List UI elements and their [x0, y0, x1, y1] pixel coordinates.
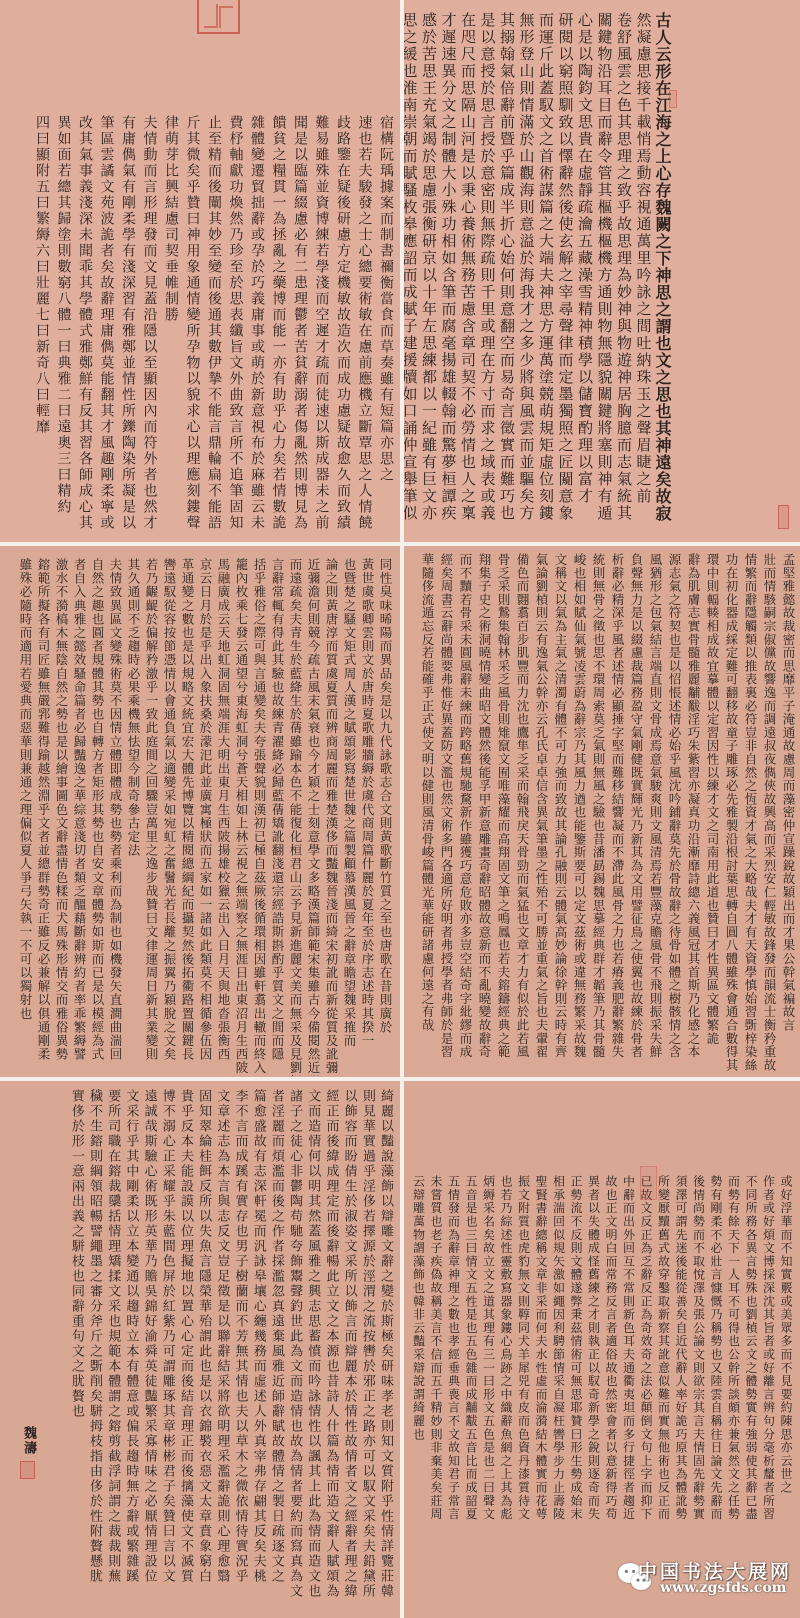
text-block: 同性臭味晞陽而異品矣是以九代詠歌志合文則黃歌斷竹質之至也唐歌在昔則廣於黃世虞歌卿… — [16, 558, 394, 1076]
calligraphy-panel-middle-right: 孟堅雅懿故裁密而思靡平子淹通故慮周而藻密仲宣躁銳故穎出而才果公幹氣褊故言壯而情駭… — [404, 546, 800, 1077]
text-column: 言辭常輒有得此其驗也故練青濯絳必歸藍蒨矯訛翻淺還宗經誥斯斟酌乎質文之間而隱 — [268, 558, 286, 1076]
text-column: 自然之趣也圓者規體其勢也自轉方者矩形其勢也自安文章體勢如斯而已是以模經為式 — [88, 558, 106, 1076]
text-column: 籠內枚乘七發云通望兮東海虹洞兮蒼天相如上林云視之無端察之無涯日出東沼月生西陂 — [232, 558, 250, 1076]
text-column: 異者以失體成怪舊練之才則執正以馭奇新學之銳則逐奇而失 — [584, 1175, 602, 1615]
text-column: 功在初化器成綵定難可翻移故童子雕琢必先雅製沿根討葉思轉自圓八體雖殊會通合數得其 — [722, 553, 741, 1075]
text-column: 析辭必精深乎風者述情必顯捶字堅而難移結響凝而不滯此風骨之力也若瘠義肥辭繁雜失 — [608, 553, 627, 1075]
text-column: 正勢流不反則文體遂弊秉茲情術可無思耶贊曰形生勢成始末 — [567, 1175, 585, 1615]
header-seal-icon — [197, 0, 240, 34]
text-column: 而勢有餘天下一人耳不可得也公幹所談頗亦兼氣然文之任勢 — [724, 1175, 742, 1615]
text-column: 風猶形之包氣結言端直則文骨成焉意氣駿爽則文風清焉若豐藻克贍風骨不飛則振采失鮮 — [646, 553, 665, 1075]
text-column: 以飾容而盼倩生於淑姿文采所以飾言而辯麗本於情性故情者文之經辭者理之緯 — [339, 1089, 357, 1614]
calligraphy-panel-bottom-left: 綺麗以豔說藻飾以辯雕文辭之變於斯極矣研味孝老則知文質附乎性情詳覽莊韓則見華實過乎… — [0, 1081, 400, 1618]
text-column: 是以意授於思言授於意密則無際疏則千里或理在方寸而求之域表或義 — [477, 12, 497, 537]
text-column: 若乃齷齪於偏解矜激乎一致此庭間之回驟豈萬里之逸步哉贊曰文律運周日新其業變則 — [142, 558, 160, 1076]
text-column: 炳縟采名矣故立文之道其理有三一曰形文五色是也二曰聲文 — [479, 1175, 497, 1615]
text-block: 宿構阮瑀據案而制書禰衡當食而草奏雖有短篇亦思之速也若夫駿發之士心總要術敏在慮前應… — [31, 115, 397, 540]
site-watermark: 中国书法大展网 www.zgsfds.com — [618, 1557, 798, 1599]
text-column: 費杼軸獻功煥然乃珍至於思表纖旨文外曲致言所不追筆固知 — [224, 115, 246, 540]
text-column: 貴乎反本夫能設謨以位理擬地以置心心定而後結音理正而後摛藻使文不滅質 — [176, 1089, 194, 1614]
text-column: 夫情動而言形理發而文見蓋沿隱以至顯因內而符外者也然才 — [138, 115, 160, 540]
text-column: 後情尚勢而不取悅澤及張公論文則欲宗其言夫情固先辭勢實 — [689, 1175, 707, 1615]
text-column: 未嘗質也老子疾偽故稱美言不信而五千精妙則非棄美矣莊周 — [427, 1175, 445, 1615]
text-column: 也若乃綜述性靈敷寫器象鏤心鳥跡之中織辭魚網之上其為彪 — [497, 1175, 515, 1615]
text-column: 文章述志為本言與志反文豈足徵是以聯辭結采將欲明理采濫辭詭則心理愈翳 — [212, 1089, 230, 1614]
text-column: 五情發而為辭章神理之數也孝經垂典喪言不文故知君子常言 — [444, 1175, 462, 1615]
text-column: 才遲速異分文之制體大小殊功相如含筆而腐毫揚雄輟翰而驚夢桓譚疾 — [438, 12, 458, 537]
text-column: 已故文反正為乏辭反正為奇效奇之法必顛倒文句上字而抑下 — [637, 1175, 655, 1615]
text-column: 壯而情駭嗣宗俶儻故響逸而調遠叔夜儁俠故興高而采烈安仁輕敏故鋒發而韻流士衡矜重故 — [760, 553, 779, 1075]
text-column: 也暨楚之騷文矩式周人漢之賦頌影寫楚世魏之篇製顧慕漢風晉之辭章瞻望魏采搉而 — [340, 558, 358, 1076]
text-column: 者自入典雅之懿效騷命篇者必歸豔逸之華綜意淺切者類乏醞藉斷辭辨約者率乖繁縟譬 — [70, 558, 88, 1076]
text-column: 斤其微矣乎贊曰神用象通情變所孕物以貌求心以理應刻鏤聲 — [181, 115, 203, 540]
text-column: 然凝慮思接千載悄焉動容視通萬里吟詠之間吐納珠玉之聲眉睫之前 — [633, 12, 653, 537]
text-column: 異如面若總其歸塗則數窮八體一曰典雅二曰遠奧三曰精約 — [52, 115, 74, 540]
text-column: 須澤可謂先迷後能從善矣自近代辭人率好詭巧原其為體訛勢 — [672, 1175, 690, 1615]
text-column: 雜體變遷貿拙辭或孕於巧義庸事或萌於新意視布於麻雖云未 — [246, 115, 268, 540]
watermark-url: www.zgsfds.com — [660, 1580, 787, 1596]
text-column: 要所司職在鎔裁櫽括情理矯揉文采也規範本體謂之鎔剪截浮詞謂之裁裁則蕪 — [103, 1089, 121, 1614]
text-column: 峻也相如賦仙氣號凌雲蔚為辭宗乃其風力遒也能鑒斯要可以定文茲術或違無務繁采故魏 — [570, 553, 589, 1075]
text-column: 遠誠哉斯驗心術既形英華乃贍吳錦好渝舜英徒豔繁采寡情味之必厭情理設位 — [139, 1089, 157, 1614]
calligraphy-panel-top-left: 宿構阮瑀據案而制書禰衡當食而草奏雖有短篇亦思之速也若夫駿發之士心總要術敏在慮前應… — [0, 0, 400, 542]
text-column: 激水不漪槁木無陰自然之勢也是以繪事圖色文辭盡情色糅而犬馬殊形情交而雅俗異勢 — [52, 558, 70, 1076]
text-column: 博不溺心正采耀乎朱藍間色屏於紅紫乃可謂雕琢其章彬彬君子矣贊曰言以文 — [158, 1089, 176, 1614]
text-column: 卷舒風雲之色其思理之致乎故思理為妙神與物遊神居胸臆而志氣統其 — [614, 12, 634, 537]
calligraphy-panel-middle-left: 同性臭味晞陽而異品矣是以九代詠歌志合文則黃歌斷竹質之至也唐歌在昔則廣於黃世虞歌卿… — [0, 546, 400, 1077]
text-column: 黃世虞歌卿雲則文於唐時夏歌雕牆縟於虞代商周篇什麗於夏年至於序志述時其揆一 — [358, 558, 376, 1076]
text-column: 無形登山則情滿於山觀海則意溢於海我才之多少將與風雲而並驅矣方 — [516, 12, 536, 537]
calligraphy-panel-top-right: 古人云形在江海之上心存魏闕之下神思之謂也文之思也其神遠矣故寂然凝慮思接千載悄焉動… — [404, 0, 800, 542]
text-column: 經正而後緯成理定而後辭暢此立文之本源也昔詩人什篇為情而造文辭人賦頌為 — [321, 1089, 339, 1614]
text-column: 在咫尺而思隔山河是以秉心養術無務苦慮含章司契不必勞情也人之稟 — [458, 12, 478, 537]
text-column: 固知翠綸桂餌反所以失魚言隱榮華殆謂此也是以衣錦褧衣惡文太章賁象窮白 — [194, 1089, 212, 1614]
text-column: 云辯雕萬物謂藻飾也韓非云豔采辯說謂綺麗也 — [409, 1175, 427, 1615]
text-column: 研閱以窮照馴致以懌辭然後使玄解之宰尋聲律而定墨獨照之匠闚意象 — [555, 12, 575, 537]
text-column: 故也正文明白而常務反言者適俗故也然密會者以意新得巧苟 — [602, 1175, 620, 1615]
text-column: 辭為肌膚志實骨髓雅麗黼黻淫巧朱紫習亦凝真功沿漸靡詩總六義風冠其首斯乃化感之本 — [684, 553, 703, 1075]
text-column: 止至精而後闡其妙至變而後通其數伊摯不能言鼎輪扁不能語 — [203, 115, 225, 540]
text-column: 相承湍回似規矢激如繩因利騁節情采自凝枉轡學步力止壽陵 — [549, 1175, 567, 1615]
faded-seal-icon — [640, 1166, 657, 1200]
text-column: 京云日月於是乎出入象扶桑於濛汜此並廣寓極狀而五家如一諸如此類莫不相循參伍因 — [196, 558, 214, 1076]
artist-signature: 魏濤 — [20, 1426, 36, 1456]
text-column: 綺麗以豔說藻飾以辯雕文辭之變於斯極矣研味孝老則知文質附乎性情詳覽莊韓 — [376, 1089, 394, 1614]
text-column: 轡遠馭從容按節憑情以會通負氣以適變采如宛虹之奮鬐光若長離之振翼乃穎脫之文矣 — [160, 558, 178, 1076]
text-column: 振文附質也虎豹無文則鞟同犬羊犀兕有皮而色資丹漆質待文 — [514, 1175, 532, 1615]
text-column: 氣論劉楨則云有逸氣公幹亦云孔氏卓卓信含異氣筆墨之性殆不可勝並重氣之旨也夫翬翟 — [532, 553, 551, 1075]
text-column: 備色而翾翥百步肌豐而力沈也鷹隼乏采而翰飛戾天骨勁而氣猛也文章才力有似於此若風 — [513, 553, 532, 1075]
text-column: 改其氣事義淺深未聞乖其學體式雅鄭鮮有反其習各師成心其 — [74, 115, 96, 540]
text-column: 孟堅雅懿故裁密而思靡平子淹通故慮周而藻密仲宣躁銳故穎出而才果公幹氣褊故言 — [779, 553, 798, 1075]
text-column: 骨乏采則鷙集翰林采乏風骨則雉竄文囿唯藻耀而高翔固文筆之鳴鳳也若夫鎔鑄經典之範 — [494, 553, 513, 1075]
text-column: 有庸儁氣有剛柔學有淺深習有雅鄭並情性所鑠陶染所凝是以 — [117, 115, 139, 540]
text-column: 心是以陶鈞文思貴在虛靜疏瀹五藏澡雪精神積學以儲寶酌理以富才 — [575, 12, 595, 537]
text-column: 勢有剛柔不必壯言慷慨乃稱勢也又陸雲自稱往日論文先辭而 — [707, 1175, 725, 1615]
text-column: 環中則輻輳相成故宜摹體以定習因性以練才文之司南用此道也贊曰才性異區文體繁詭 — [703, 553, 722, 1075]
text-column: 聖賢書辭總稱文章非采而何夫水性虛而淪漪結木體實而花萼 — [532, 1175, 550, 1615]
text-column: 文采行乎其中剛柔以立本變通以趨時立本有體意或偏長趨時無方辭或繁雜蹊 — [121, 1089, 139, 1614]
text-column: 同性臭味晞陽而異品矣是以九代詠歌志合文則黃歌斷竹質之至也唐歌在昔則廣於 — [376, 558, 394, 1076]
text-column: 近彌澹何則競今疏古風末氣衰也今才穎之士刻意學文多略漢篇師範宋集雖古今備閱然近附 — [304, 558, 322, 1076]
text-column: 而不黷若骨采未圓風辭未練而跨略舊規馳騖新作雖獲巧意危敗亦多豈空結奇字紕繆而成 — [456, 553, 475, 1075]
text-column: 括乎雅俗之際可與言通變矣夫夸張聲貌則漢初已極自茲厥後循環相因雖軒翥出轍而終入 — [250, 558, 268, 1076]
text-column: 作者或好煩文博採深沈其旨者或好離言辨句分毫析釐者所習 — [759, 1175, 777, 1615]
text-column: 文而造情何以明其然蓋風雅之興志思蓄憤而吟詠情性以諷其上此為情而造文也 — [303, 1089, 321, 1614]
text-column: 篇愈盛故有志深軒冕而汎詠皋壤心纏幾務而虛述人外真宰弗存翩其反矣夫桃 — [249, 1089, 267, 1614]
text-column: 論之則黃唐淳而質虞夏質而辨商周麗而雅楚漢侈而豔魏晉淺而綺宋初訛而新從質及訛彌 — [322, 558, 340, 1076]
text-column: 負聲無力是以綴慮裁篇務盈守氣剛健既實輝光乃新其為文用譬征鳥之使翼也故練於骨者 — [627, 553, 646, 1075]
text-column: 思之緩也淮南崇朝而賦騷枚皋應詔而成賦子建援牘如口誦仲宣舉筆似 — [404, 12, 419, 537]
text-column: 中辭而出外回互不常則新色耳夫通衢夷坦而多行捷徑者趨近 — [619, 1175, 637, 1615]
text-column: 感於苦思王充氣竭於思慮張衡研京以十年左思練都以一紀雖有巨文亦 — [419, 12, 439, 537]
text-column: 者淫麗而煩濫而後之作者採濫忽真遠棄風雅近師辭賦故體情之製日疏逐文之 — [267, 1089, 285, 1614]
text-column: 難易雖殊並資博練若學淺而空遲才疏而徒速以斯成器未之前 — [310, 115, 332, 540]
text-column: 文稱文以氣為主氣之清濁有體不可力強而致故其論孔融則云體氣高妙論徐幹則云時有齊 — [551, 553, 570, 1075]
text-column: 筆區雲譎文苑波詭者矣故辭理庸儁莫能翻其才風趣剛柔寧或 — [95, 115, 117, 540]
text-column: 馬融廣成云天地虹洞固無端涯大明出東月生西陂揚雄校獵云出入日月天與地沓張衡西 — [214, 558, 232, 1076]
text-column: 關鍵物沿耳目而辭令管其樞機樞機方通則物無隱貌關鍵將塞則神有遁 — [594, 12, 614, 537]
text-column: 雖殊必隨時而適用若愛典而惡華則兼通之理偏似夏人爭弓矢執一不可以獨射也 — [16, 558, 34, 1076]
text-column: 歧路鑒在疑後研慮方定機敏故造次而成功慮疑故愈久而致績 — [332, 115, 354, 540]
text-column: 四曰顯附五曰繁縟六曰壯麗七曰新奇八曰輕靡 — [31, 115, 53, 540]
text-column: 其搦翰氣倍辭前暨乎篇成半折心始何則意翻空而易奇言徵實而難巧也 — [497, 12, 517, 537]
text-column: 而遠疏矣夫青生於藍絳生於蒨雖踰本色不能復化桓君山云予見新進麗文美而無采及見劉揚 — [286, 558, 304, 1076]
text-column: 情繁而辭隱觸類以推表裏必符豈非自然之恆資才氣之大略哉夫才有天資學慎始習斲梓染絲 — [741, 553, 760, 1075]
text-column: 鎔範所擬各有司匠雖無嚴郛難得踰越然淵乎文者並總群勢奇正雖反必兼解以俱通剛柔 — [34, 558, 52, 1076]
signature-seal-icon — [20, 1461, 35, 1479]
text-column: 而運斤此蓋馭文之首術謀篇之大端夫神思方運萬塗競萌規矩虛位刻鏤 — [536, 12, 556, 537]
text-column: 統則無骨之徵也思不環周索莫乏氣則無風之驗也昔潘勗錫魏思摹經典群才韜筆乃其骨髓 — [589, 553, 608, 1075]
text-column: 律萌芽比興結慮司契垂帷制勝 — [160, 115, 182, 540]
text-column: 或好浮華而不知實覈或美眾多而不見要約陳思亦云世之 — [777, 1175, 795, 1615]
text-column: 則見華實過乎淫侈若擇源於涇渭之流按轡於邪正之路亦可以馭文采矣夫鉛黛所 — [358, 1089, 376, 1614]
text-column: 翔集子史之術洞曉情變曲昭文體然後能孚甲新意雕畫奇辭昭體故意新而不亂曉變故辭奇 — [475, 553, 494, 1075]
text-column: 經矣周書云辭尚體要弗惟好異蓋防文濫也然文術多門各適所好明者弗授學者弗師於是習 — [437, 553, 456, 1075]
text-column: 實侈於形一意兩出義之駢枝也同辭重句文之肬贅也 — [67, 1089, 85, 1614]
text-block: 或好浮華而不知實覈或美眾多而不見要約陳思亦云世之作者或好煩文博採深沈其旨者或好離… — [409, 1175, 794, 1615]
text-column: 穢不生鎔則綱領昭暢譬繩墨之審分斧斤之斲削矣駢拇枝指由侈於性附贅懸肬 — [85, 1089, 103, 1614]
text-column: 五音是也三曰情文五性是也五色雜而成黼黻五音比而成韶夏 — [462, 1175, 480, 1615]
calligraphy-panel-bottom-right: 或好浮華而不知實覈或美眾多而不見要約陳思亦云世之作者或好煩文博採深沈其旨者或好離… — [404, 1081, 800, 1618]
text-block: 孟堅雅懿故裁密而思靡平子淹通故慮周而藻密仲宣躁銳故穎出而才果公幹氣褊故言壯而情駭… — [418, 553, 798, 1075]
text-column: 饋貧之糧貫一為拯亂之藥博而能一亦有助乎心力矣若情數詭 — [267, 115, 289, 540]
text-block: 綺麗以豔說藻飾以辯雕文辭之變於斯極矣研味孝老則知文質附乎性情詳覽莊韓則見華實過乎… — [67, 1089, 394, 1614]
text-column: 夫情致異區文變殊術莫不因情立體即體成勢也勢者乘利而為制也如機發矢直澗曲湍回 — [106, 558, 124, 1076]
text-column: 革通變之數也是以規略文統宜宏大體先博覽以精閱總綱紀而攝契然後拓衢路置關鍵長 — [178, 558, 196, 1076]
text-column: 不同所務各異言勢殊也劉楨云文之體勢實有強弱使其辭已盡 — [742, 1175, 760, 1615]
text-column: 速也若夫駿發之士心總要術敏在慮前應機立斷覃思之人情饒 — [353, 115, 375, 540]
text-column: 華隨侈流遁忘反若能確乎正式使文明以健則風清骨峻篇體光華能研諸慮何遠之有哉 — [418, 553, 437, 1075]
small-seal-icon — [669, 90, 677, 108]
text-block: 古人云形在江海之上心存魏闕之下神思之謂也文之思也其神遠矣故寂然凝慮思接千載悄焉動… — [404, 12, 672, 537]
text-column: 諸子之徒心非鬱陶苟馳夸飾鬻聲釣世此為文而造情也故為情者要約而寫真為文 — [285, 1089, 303, 1614]
text-column: 李不言而成蹊有實存也男子樹蘭而不芳無其情也夫以草木之微依情待實況乎 — [230, 1089, 248, 1614]
text-column: 所變厭黷舊式故穿鑿取新察其訛意似難而實無他術也反正而 — [654, 1175, 672, 1615]
text-column: 源志氣之符契也是以怊悵述情必始乎風沈吟鋪辭莫先於骨故辭之待骨如體之樹骸情之含 — [665, 553, 684, 1075]
text-column: 宿構阮瑀據案而制書禰衡當食而草奏雖有短篇亦思之 — [375, 115, 397, 540]
text-column: 其久通則不乏趨時必果乘機無怯望今制奇參古定法 — [124, 558, 142, 1076]
panel-seal-icon — [778, 505, 789, 529]
text-column: 聞是以臨篇綴慮必有二患理鬱者苦貧辭溺者傷亂然則博見為 — [289, 115, 311, 540]
